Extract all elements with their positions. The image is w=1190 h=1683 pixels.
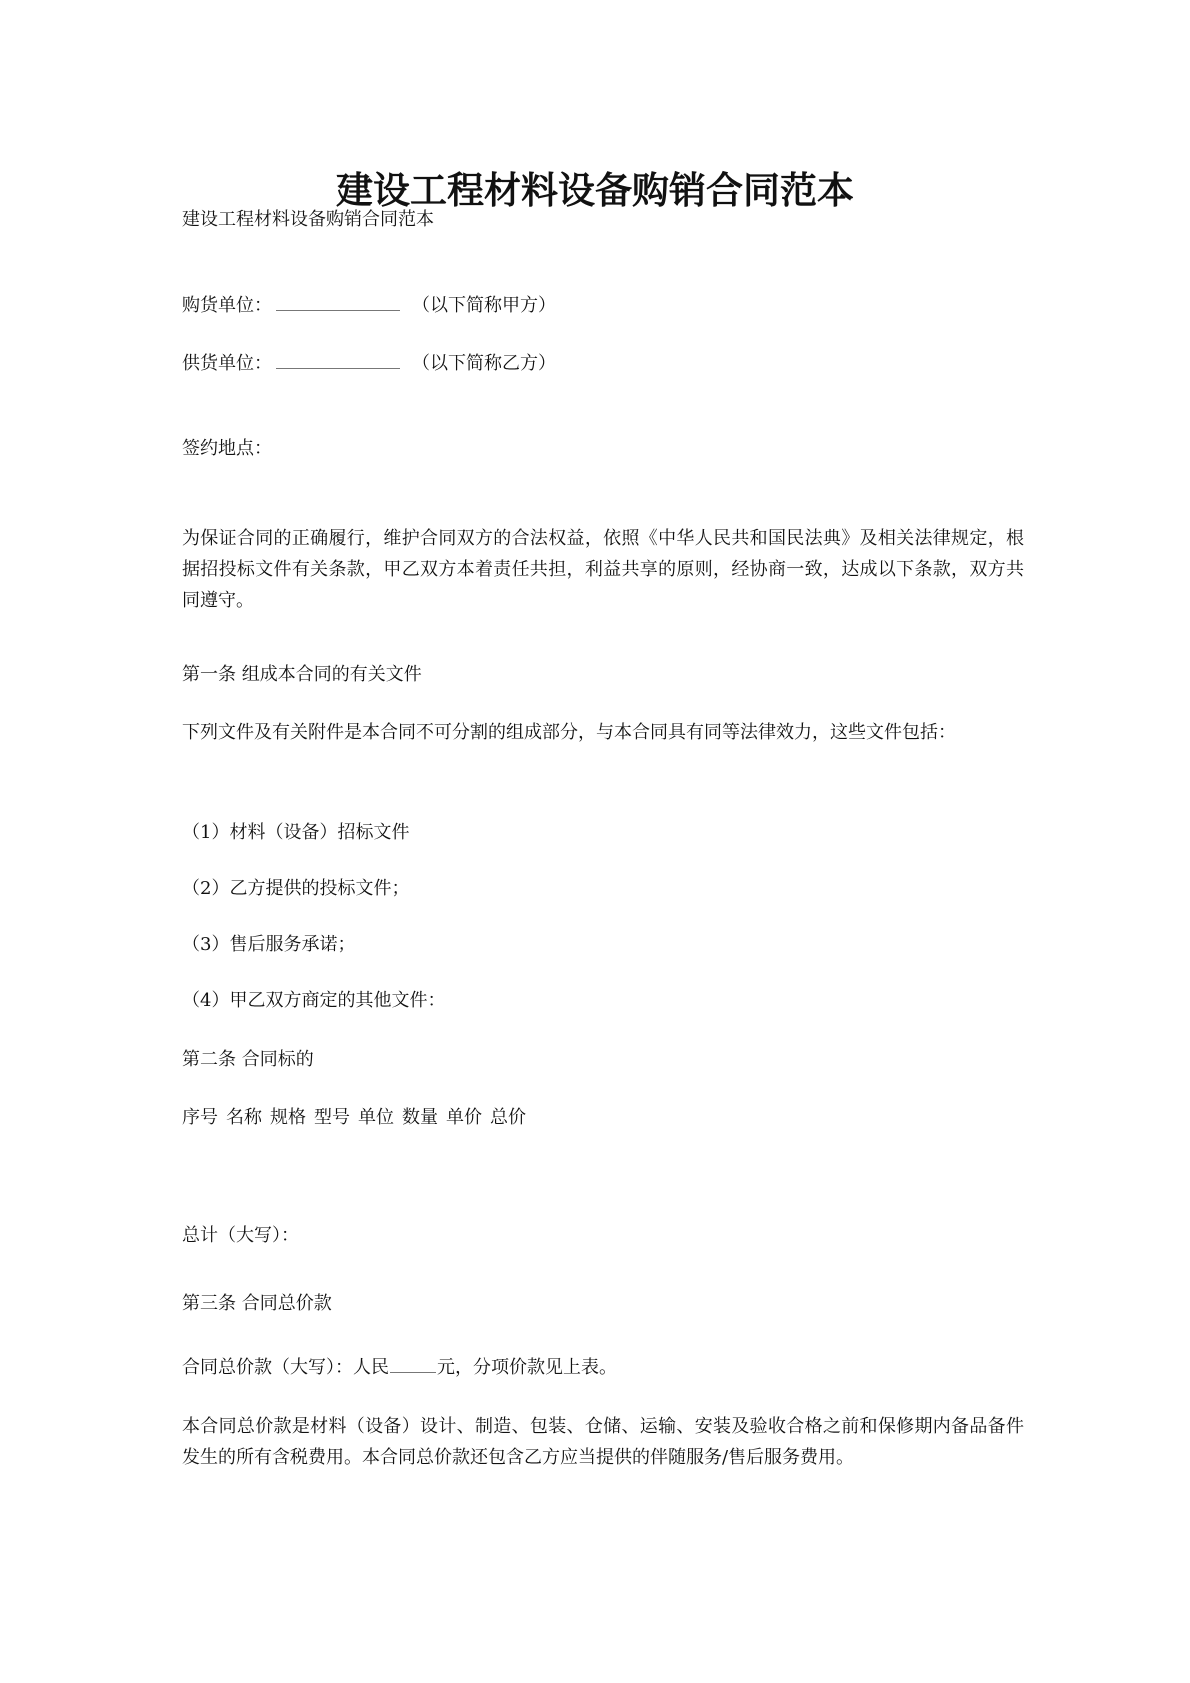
- seller-line: 供货单位：（以下简称乙方）: [182, 348, 1024, 379]
- article3-scope: 本合同总价款是材料（设备）设计、制造、包装、仓储、运输、安装及验收合格之前和保修…: [182, 1411, 1024, 1473]
- document-page: 建设工程材料设备购销合同范本 建设工程材料设备购销合同范本 购货单位：（以下简称…: [0, 0, 1190, 1683]
- article3-price-line: 合同总价款（大写）：人民元，分项价款见上表。: [182, 1352, 1024, 1383]
- article1-item-1: （1）材料（设备）招标文件: [182, 817, 1024, 848]
- article1-item-3: （3）售后服务承诺；: [182, 929, 1024, 960]
- seller-label: 供货单位：: [182, 353, 272, 374]
- article1-intro: 下列文件及有关附件是本合同不可分割的组成部分，与本合同具有同等法律效力，这些文件…: [182, 717, 1024, 748]
- price-suffix: 元，分项价款见上表。: [437, 1357, 617, 1378]
- price-prefix: 合同总价款（大写）：人民: [182, 1357, 389, 1378]
- buyer-line: 购货单位：（以下简称甲方）: [182, 290, 1024, 321]
- col-model: 型号: [314, 1107, 350, 1128]
- signing-place: 签约地点：: [182, 433, 1024, 464]
- article1-item-4: （4）甲乙双方商定的其他文件：: [182, 985, 1024, 1016]
- col-spec: 规格: [270, 1107, 306, 1128]
- article2-total: 总计（大写）：: [182, 1220, 1024, 1251]
- price-blank: [390, 1371, 436, 1373]
- article2-heading: 第二条 合同标的: [182, 1044, 1024, 1075]
- article3-heading: 第三条 合同总价款: [182, 1288, 1024, 1319]
- article1-item-2: （2）乙方提供的投标文件；: [182, 873, 1024, 904]
- seller-note: （以下简称乙方）: [412, 353, 556, 374]
- col-name: 名称: [226, 1107, 262, 1128]
- article1-heading: 第一条 组成本合同的有关文件: [182, 659, 1024, 690]
- document-subtitle: 建设工程材料设备购销合同范本: [182, 204, 1024, 235]
- col-quantity: 数量: [402, 1107, 438, 1128]
- buyer-blank: [276, 309, 400, 311]
- seller-blank: [276, 367, 400, 369]
- article2-table-header: 序号名称规格型号单位数量单价总价: [182, 1102, 1024, 1133]
- col-total-price: 总价: [490, 1107, 526, 1128]
- buyer-note: （以下简称甲方）: [412, 295, 556, 316]
- col-index: 序号: [182, 1107, 218, 1128]
- col-unit-price: 单价: [446, 1107, 482, 1128]
- buyer-label: 购货单位：: [182, 295, 272, 316]
- preamble-paragraph: 为保证合同的正确履行，维护合同双方的合法权益，依照《中华人民共和国民法典》及相关…: [182, 523, 1024, 616]
- col-unit: 单位: [358, 1107, 394, 1128]
